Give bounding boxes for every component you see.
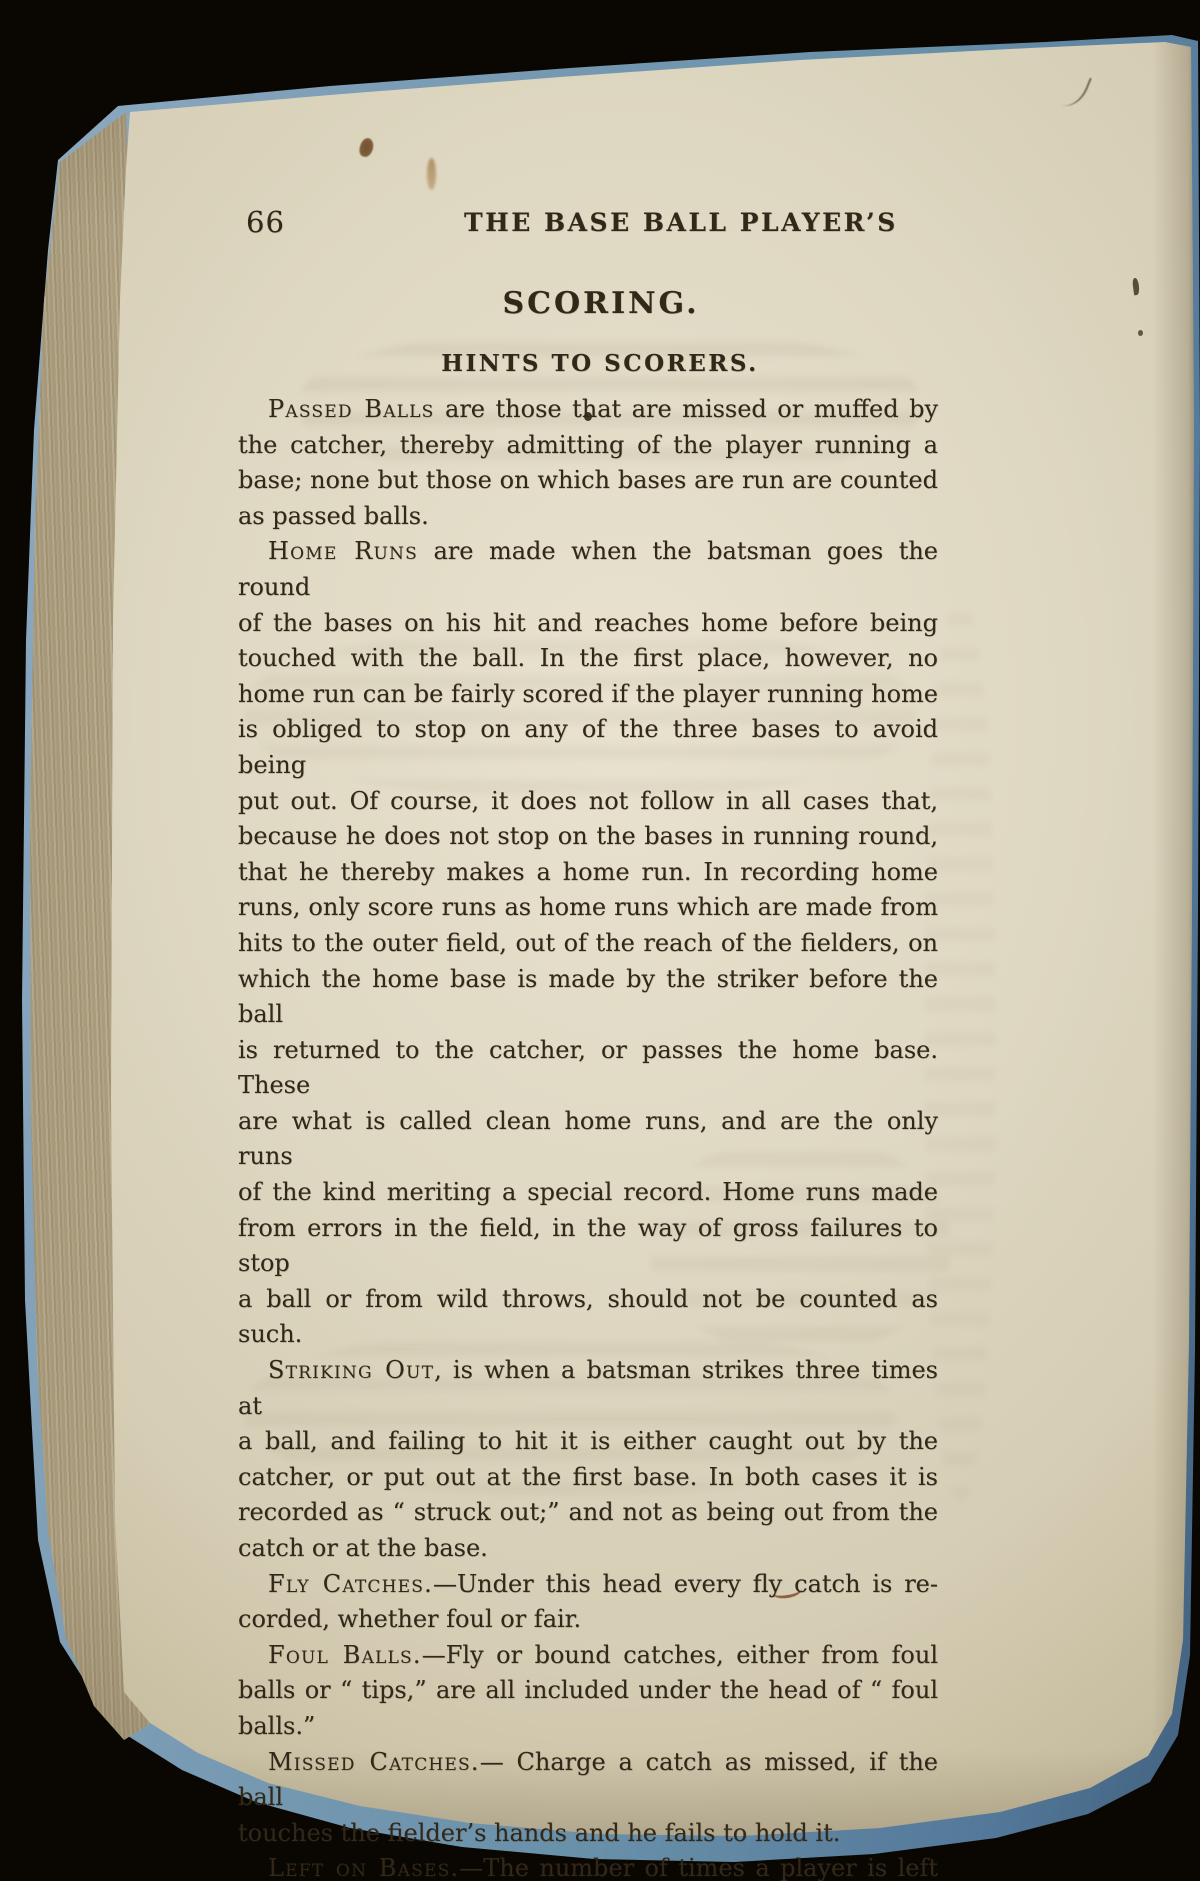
- text-line: touches the fielder’s hands and he fails…: [238, 1816, 938, 1852]
- text-line: Striking Out, is when a batsman strikes …: [238, 1353, 938, 1424]
- paragraph-lead: Foul Balls.: [268, 1641, 422, 1669]
- text-line: touched with the ball. In the first plac…: [238, 641, 938, 677]
- text-line: recorded as “ struck out;” and not as be…: [238, 1495, 938, 1531]
- text-line: Left on Bases.—The number of times a pla…: [238, 1851, 938, 1881]
- text-line: catch or at the base.: [238, 1531, 938, 1567]
- text-line: are what is called clean home runs, and …: [238, 1104, 938, 1175]
- paragraphs: Passed Balls are those that are missed o…: [238, 392, 938, 1881]
- paragraph-lead: Home Runs: [268, 537, 418, 565]
- text-line: that he thereby makes a home run. In rec…: [238, 855, 938, 891]
- section-title: SCORING.: [238, 286, 938, 321]
- text-line: a ball or from wild throws, should not b…: [238, 1282, 938, 1353]
- page-number: 66: [246, 205, 285, 239]
- text-line: of the kind meriting a special record. H…: [238, 1175, 938, 1211]
- text-line: catcher, or put out at the first base. I…: [238, 1460, 938, 1496]
- text-line: base; none but those on which bases are …: [238, 463, 938, 499]
- page-header: 66 THE BASE BALL PLAYER’S: [238, 205, 938, 239]
- text-line: put out. Of course, it does not follow i…: [238, 784, 938, 820]
- text-line: is obliged to stop on any of the three b…: [238, 712, 938, 783]
- text-line: balls or “ tips,” are all included under…: [238, 1673, 938, 1709]
- paragraph-lead: Missed Catches.: [268, 1748, 480, 1776]
- paragraph-lead: Left on Bases.: [268, 1854, 459, 1881]
- page-text: 66 THE BASE BALL PLAYER’S SCORING. HINTS…: [238, 0, 938, 1881]
- text-line: which the home base is made by the strik…: [238, 962, 938, 1033]
- text-line: corded, whether foul or fair.: [238, 1602, 938, 1638]
- text-line: hits to the outer field, out of the reac…: [238, 926, 938, 962]
- text-line: as passed balls.: [238, 499, 938, 535]
- paragraph-lead: Fly Catches.: [268, 1570, 433, 1598]
- paragraph-lead: Passed Balls: [268, 395, 435, 423]
- text-line: because he does not stop on the bases in…: [238, 819, 938, 855]
- text-line: home run can be fairly scored if the pla…: [238, 677, 938, 713]
- text-line: is returned to the catcher, or passes th…: [238, 1033, 938, 1104]
- text-line: the catcher, thereby admitting of the pl…: [238, 428, 938, 464]
- text-line: balls.”: [238, 1709, 938, 1745]
- text-line: Fly Catches.—Under this head every fly c…: [238, 1567, 938, 1603]
- text-line: Passed Balls are those that are missed o…: [238, 392, 938, 428]
- text-line: Foul Balls.—Fly or bound catches, either…: [238, 1638, 938, 1674]
- text-line: a ball, and failing to hit it is either …: [238, 1424, 938, 1460]
- text-line: Missed Catches.— Charge a catch as misse…: [238, 1745, 938, 1816]
- ink-mark: [1138, 330, 1143, 336]
- text-line: runs, only score runs as home runs which…: [238, 890, 938, 926]
- text-line: Home Runs are made when the batsman goes…: [238, 534, 938, 605]
- section-subtitle: HINTS TO SCORERS.: [238, 350, 938, 377]
- text-line: of the bases on his hit and reaches home…: [238, 606, 938, 642]
- running-title: THE BASE BALL PLAYER’S: [464, 208, 898, 237]
- photo-background: 66 THE BASE BALL PLAYER’S SCORING. HINTS…: [0, 0, 1200, 1881]
- text-line: from errors in the field, in the way of …: [238, 1211, 938, 1282]
- paragraph-lead: Striking Out: [268, 1356, 434, 1384]
